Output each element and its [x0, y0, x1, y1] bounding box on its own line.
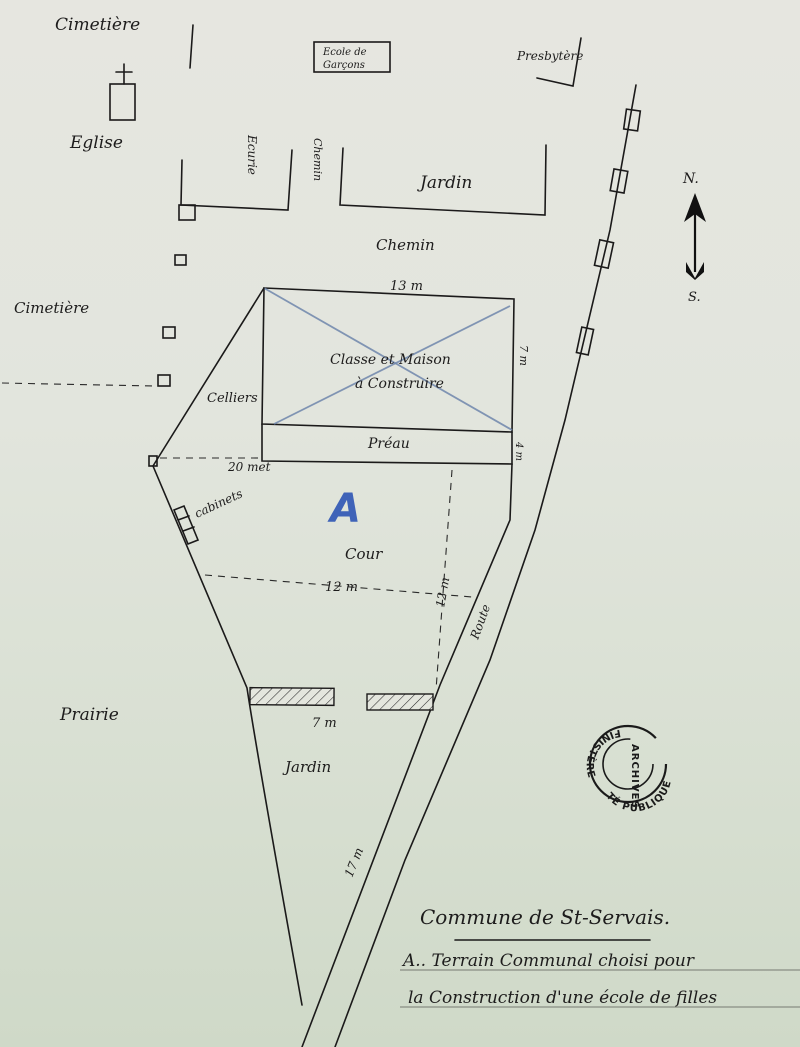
title-block: Commune de St-Servais. A.. Terrain Commu…: [400, 905, 800, 1008]
dim-classe-depth: 7 m: [517, 345, 530, 366]
label-cabinets: cabinets: [192, 486, 244, 520]
boundary-line: [190, 25, 193, 68]
ecurie-enclosure: [181, 150, 292, 210]
label-ecurie: Ecurie: [245, 134, 259, 175]
label-prairie: Prairie: [59, 705, 119, 725]
label-eglise: Eglise: [69, 133, 123, 153]
road-marker: [624, 109, 641, 131]
stamp-archives: ARCHIVES: [629, 744, 640, 809]
north-arrow-icon: [684, 193, 706, 280]
dim-cour-depth: 12 m: [433, 576, 452, 608]
label-classe-line2: à Construire: [355, 376, 444, 392]
road: Route: [335, 85, 640, 1047]
compass: N. S.: [682, 171, 706, 305]
post-square: [158, 375, 170, 386]
label-classe-line1: Classe et Maison: [330, 352, 451, 368]
plot-left-boundary: [153, 466, 302, 1005]
label-ecole-line1: Ecole de: [322, 47, 367, 58]
label-cour: Cour: [345, 545, 383, 563]
label-jardin-bottom: Jardin: [282, 758, 331, 776]
label-chemin: Chemin: [376, 236, 435, 254]
label-presbytere: Presbytère: [516, 49, 583, 63]
label-route: Route: [467, 602, 493, 641]
top-area: Cimetière Eglise Ecole de Garçons Presby…: [55, 15, 583, 254]
dashed-extension: [2, 383, 155, 386]
title-line-1: Commune de St-Servais.: [420, 905, 670, 929]
stamp-finistere: FINISTÈRE: [584, 727, 622, 780]
compass-south-label: S.: [688, 290, 701, 305]
label-jardin-top: Jardin: [417, 173, 472, 193]
post-square: [175, 255, 186, 265]
road-marker: [576, 327, 593, 355]
title-line-2: A.. Terrain Communal choisi pour: [401, 951, 695, 971]
dim-width-20: 20 met: [227, 460, 271, 474]
archives-stamp: FINISTÈRE TÉ PUBLIQUE ARCHIVES: [584, 726, 674, 814]
site-marker-a: A: [327, 486, 361, 532]
dim-classe-width: 13 m: [390, 279, 423, 294]
dim-jardin-gap: 7 m: [312, 716, 337, 731]
compass-north-label: N.: [682, 171, 699, 187]
label-chemin-vertical: Chemin: [311, 138, 324, 181]
road-outer-edge: [335, 85, 636, 1047]
label-cimetiere-left: Cimetière: [14, 299, 89, 317]
site-plan: Cimetière Eglise Ecole de Garçons Presby…: [0, 0, 800, 1047]
dim-preau-depth: 4 m: [513, 441, 524, 461]
label-ecole-line2: Garçons: [323, 60, 365, 71]
post-square: [179, 205, 195, 220]
ecole-garcons: Ecole de Garçons: [314, 42, 390, 72]
hatched-wall-left: [250, 688, 334, 706]
dim-jardin-length: 17 m: [342, 846, 366, 879]
church-icon: [110, 64, 135, 120]
post-square: [163, 327, 175, 338]
cemetery-side: Cimetière: [2, 255, 186, 466]
label-cimetiere-top: Cimetière: [55, 15, 140, 35]
label-celliers: Celliers: [207, 391, 258, 406]
label-preau: Préau: [367, 436, 410, 452]
hatched-wall-right: [367, 694, 433, 710]
title-line-3: la Construction d'une école de filles: [408, 988, 717, 1008]
main-plot: Classe et Maison à Construire 13 m 7 m P…: [153, 279, 530, 1047]
dim-cour-width: 12 m: [325, 580, 358, 595]
